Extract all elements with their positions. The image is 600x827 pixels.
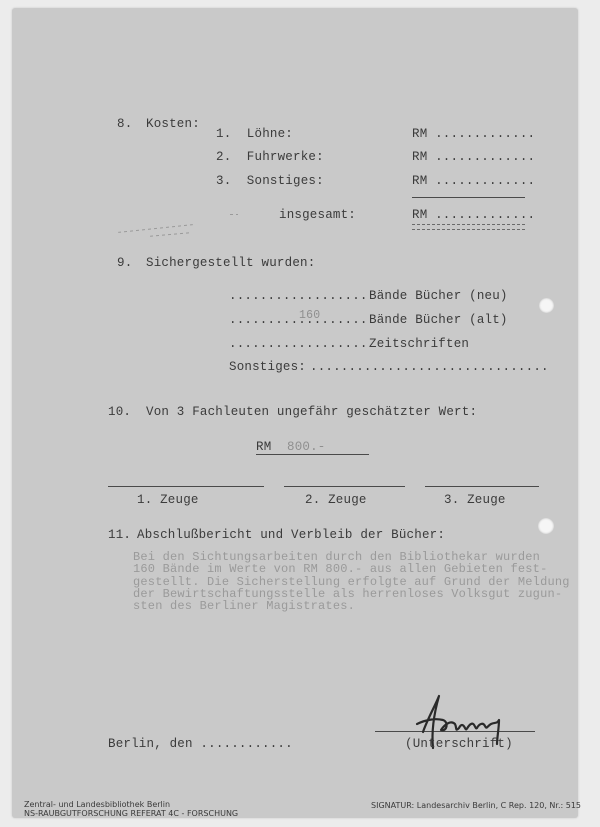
secured-count-filled: 160	[299, 309, 320, 322]
cost-item-value: RM .............	[412, 150, 535, 164]
secured-label: Bände Bücher (alt)	[369, 313, 508, 327]
section-9-number: 9.	[117, 256, 132, 270]
witness-line-2	[284, 486, 405, 487]
report-line: sten des Berliner Magistrates.	[133, 600, 355, 613]
section-11-number: 11.	[108, 528, 131, 542]
secured-dots: ..................	[229, 289, 368, 303]
smudge-mark	[230, 214, 238, 215]
estimate-currency: RM	[256, 440, 271, 454]
secured-label: Bände Bücher (neu)	[369, 289, 508, 303]
total-value: RM .............	[412, 208, 535, 222]
cost-item-value: RM .............	[412, 174, 535, 188]
section-8-number: 8.	[117, 117, 132, 131]
sum-rule	[412, 197, 525, 198]
punch-hole-bottom	[538, 518, 554, 534]
total-double-rule	[412, 224, 525, 230]
cost-item-label: 1. Löhne:	[216, 127, 293, 141]
secured-dots: ..................	[229, 337, 368, 351]
witness-label: 1. Zeuge	[137, 493, 199, 507]
other-label: Sonstiges:	[229, 360, 306, 374]
section-11-title: Abschlußbericht und Verbleib der Bücher:	[137, 528, 445, 542]
estimate-rule	[256, 454, 369, 455]
report-line: 160 Bände im Werte von RM 800.- aus alle…	[133, 563, 547, 576]
place-date: Berlin, den ............	[108, 737, 293, 751]
cost-item-label: 2. Fuhrwerke:	[216, 150, 324, 164]
witness-line-3	[425, 486, 539, 487]
witness-label: 2. Zeuge	[305, 493, 367, 507]
section-8-title: Kosten:	[146, 117, 200, 131]
other-dots: ...............................	[310, 360, 549, 374]
secured-label: Zeitschriften	[369, 337, 469, 351]
witness-label: 3. Zeuge	[444, 493, 506, 507]
section-10-number: 10.	[108, 405, 131, 419]
witness-line-1	[108, 486, 264, 487]
cost-item-value: RM .............	[412, 127, 535, 141]
estimate-value: 800.-	[287, 440, 326, 454]
signature-label: (Unterschrift)	[405, 737, 513, 751]
total-label: insgesamt:	[279, 208, 356, 222]
section-9-title: Sichergestellt wurden:	[146, 256, 315, 270]
footer-department: NS-RAUBGUTFORSCHUNG REFERAT 4C - FORSCHU…	[24, 809, 238, 819]
footer-signature-ref: SIGNATUR: Landesarchiv Berlin, C Rep. 12…	[371, 801, 581, 811]
section-10-title: Von 3 Fachleuten ungefähr geschätzter We…	[146, 405, 477, 419]
cost-item-label: 3. Sonstiges:	[216, 174, 324, 188]
punch-hole-top	[539, 298, 554, 313]
